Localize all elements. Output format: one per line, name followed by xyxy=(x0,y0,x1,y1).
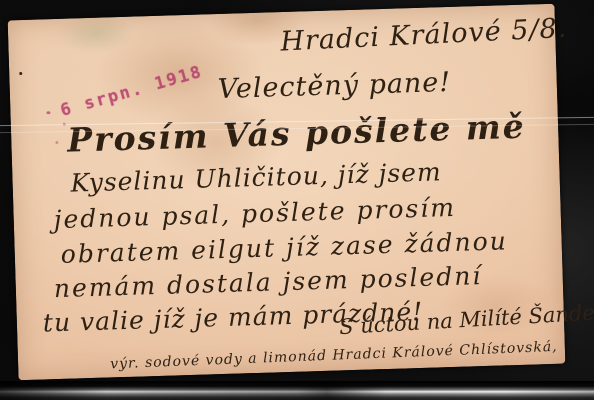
handwritten-salutation: Velectěný pane! xyxy=(217,67,451,105)
stamp-ink-speck xyxy=(55,141,58,144)
postcard-photo: 6 srpn. 1918 Hradci Králové 5/8. Velectě… xyxy=(0,0,594,400)
stamp-ink-speck xyxy=(46,111,50,114)
handwritten-dateline: Hradci Králové 5/8. xyxy=(280,13,568,58)
postcard: 6 srpn. 1918 Hradci Králové 5/8. Velectě… xyxy=(8,4,566,381)
ink-dot xyxy=(19,72,22,75)
shelf-shading xyxy=(0,381,594,400)
handwritten-opening: Prosím Vás pošlete mě xyxy=(67,107,527,160)
handwritten-line: jednou psal, pošlete prosím xyxy=(53,193,456,234)
handwritten-footer: výr. sodové vody a limonád Hradci Králov… xyxy=(110,339,558,373)
handwritten-line: Kyselinu Uhličitou, jíž jsem xyxy=(70,157,442,197)
stamp-ink-speck xyxy=(63,123,66,126)
date-stamp: 6 srpn. 1918 xyxy=(58,56,227,121)
